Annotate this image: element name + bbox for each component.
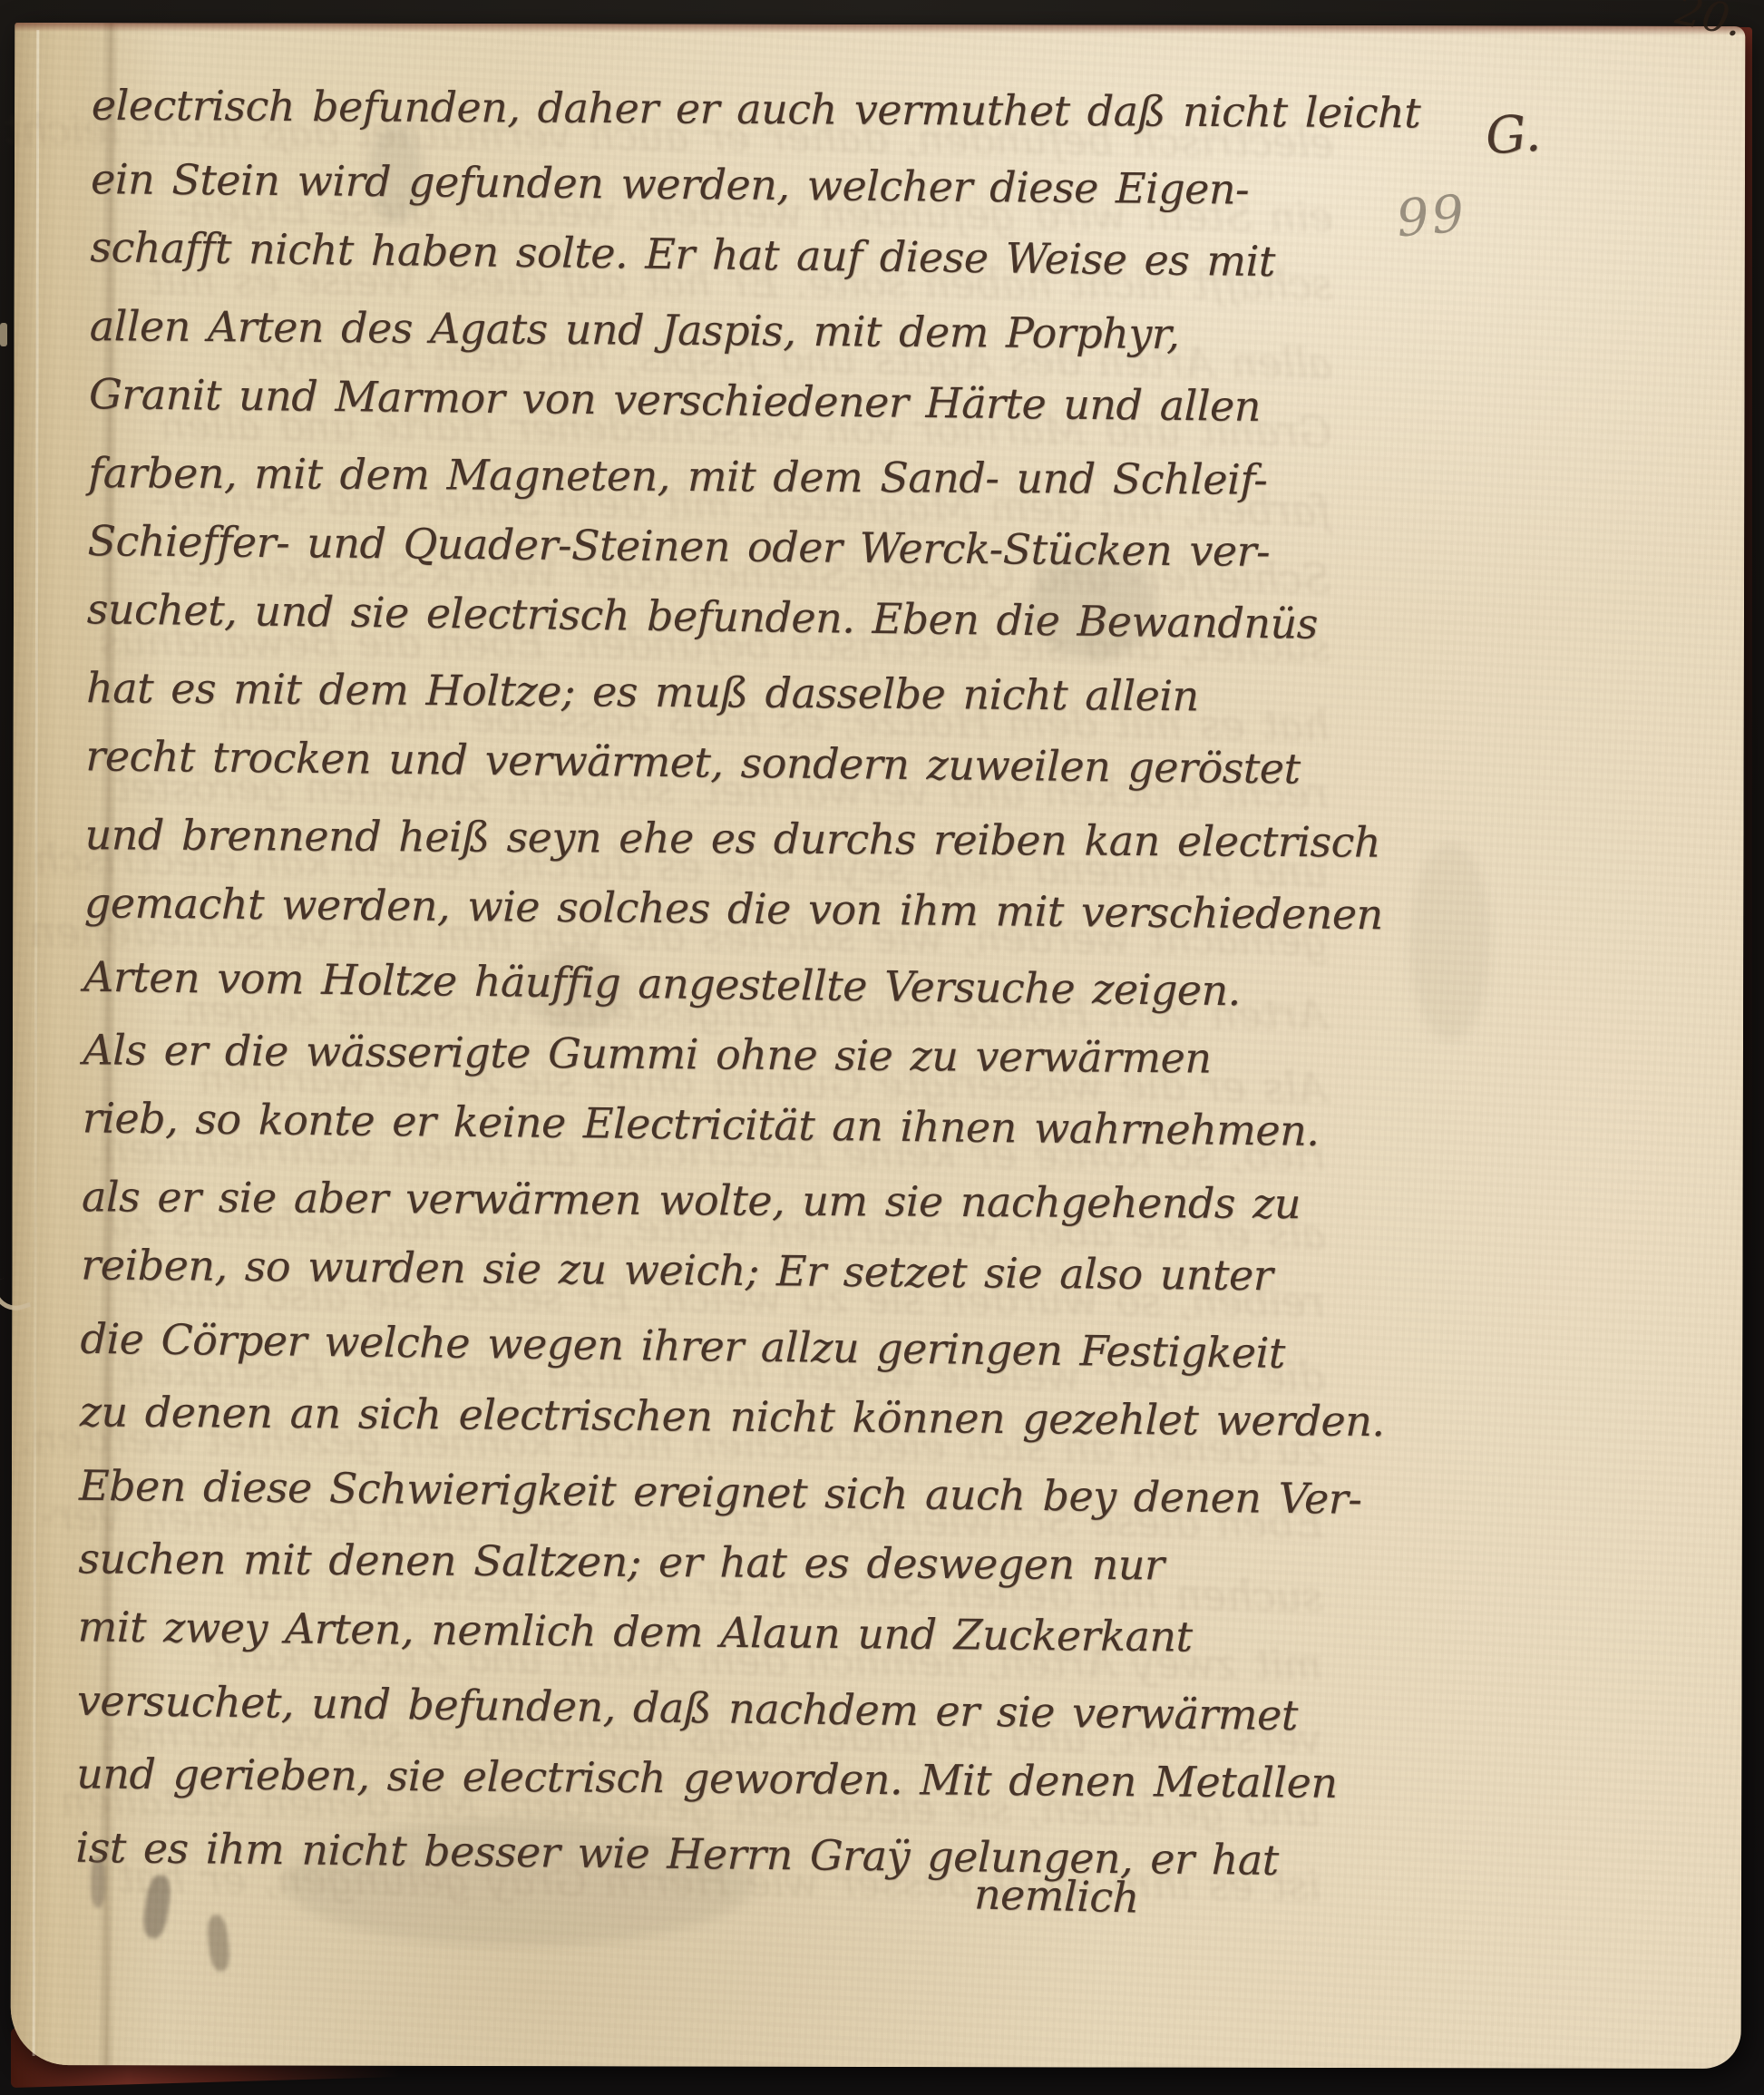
catchword: nemlich — [973, 1869, 1139, 1922]
manuscript-page: electrisch befunden, daher er auch vermu… — [11, 23, 1746, 2069]
manuscript-line: und brennend heiß seyn ehe es durchs rei… — [84, 798, 1354, 878]
manuscript-line: rieb, so konte er keine Electricität an … — [82, 1081, 1352, 1167]
manuscript-line: suchen mit denen Saltzen; er hat es desw… — [78, 1522, 1348, 1602]
manuscript-line: recht trocken und verwärmet, sondern zuw… — [85, 719, 1356, 805]
manuscript-line: gemacht werden, wie solches die von ihm … — [84, 866, 1355, 950]
manuscript-line: electrisch befunden, daher er auch vermu… — [92, 69, 1361, 149]
manuscript-line: suchet, und sie electrisch befunden. Ebe… — [86, 572, 1357, 660]
manuscript-line: mit zwey Arten, nemlich dem Alaun und Zu… — [77, 1590, 1348, 1674]
folio-mark: G. — [1484, 103, 1543, 166]
manuscript-line: zu denen an sich electrischen nicht könn… — [80, 1375, 1350, 1457]
paper-stain — [1409, 842, 1491, 1041]
manuscript-line: schafft nicht haben solte. Er hat auf di… — [90, 210, 1360, 298]
manuscript-line: reiben, so wurden sie zu weich; Er setze… — [81, 1228, 1351, 1312]
manuscript-line: Granit und Marmor von verschiedener Härt… — [89, 357, 1360, 443]
ink-smudge — [206, 1915, 231, 1973]
page-top-edge-tint — [15, 23, 1745, 35]
adjacent-page-mark — [0, 323, 7, 346]
manuscript-line: und gerieben, sie electrisch geworden. M… — [76, 1737, 1347, 1819]
scanned-manuscript: electrisch befunden, daher er auch vermu… — [0, 0, 1764, 2095]
manuscript-line: farben, mit dem Magneten, mit dem Sand- … — [88, 436, 1358, 516]
pencil-page-number: 99 — [1394, 184, 1469, 248]
manuscript-text: electrisch befunden, daher er auch vermu… — [75, 69, 1361, 1895]
manuscript-line: als er sie aber verwärmen wolte, um sie … — [82, 1160, 1351, 1240]
manuscript-line: ist es ihm nicht besser wie Herrn Graÿ g… — [75, 1811, 1346, 1897]
manuscript-line: Eben diese Schwierigkeit ereignet sich a… — [79, 1449, 1350, 1535]
